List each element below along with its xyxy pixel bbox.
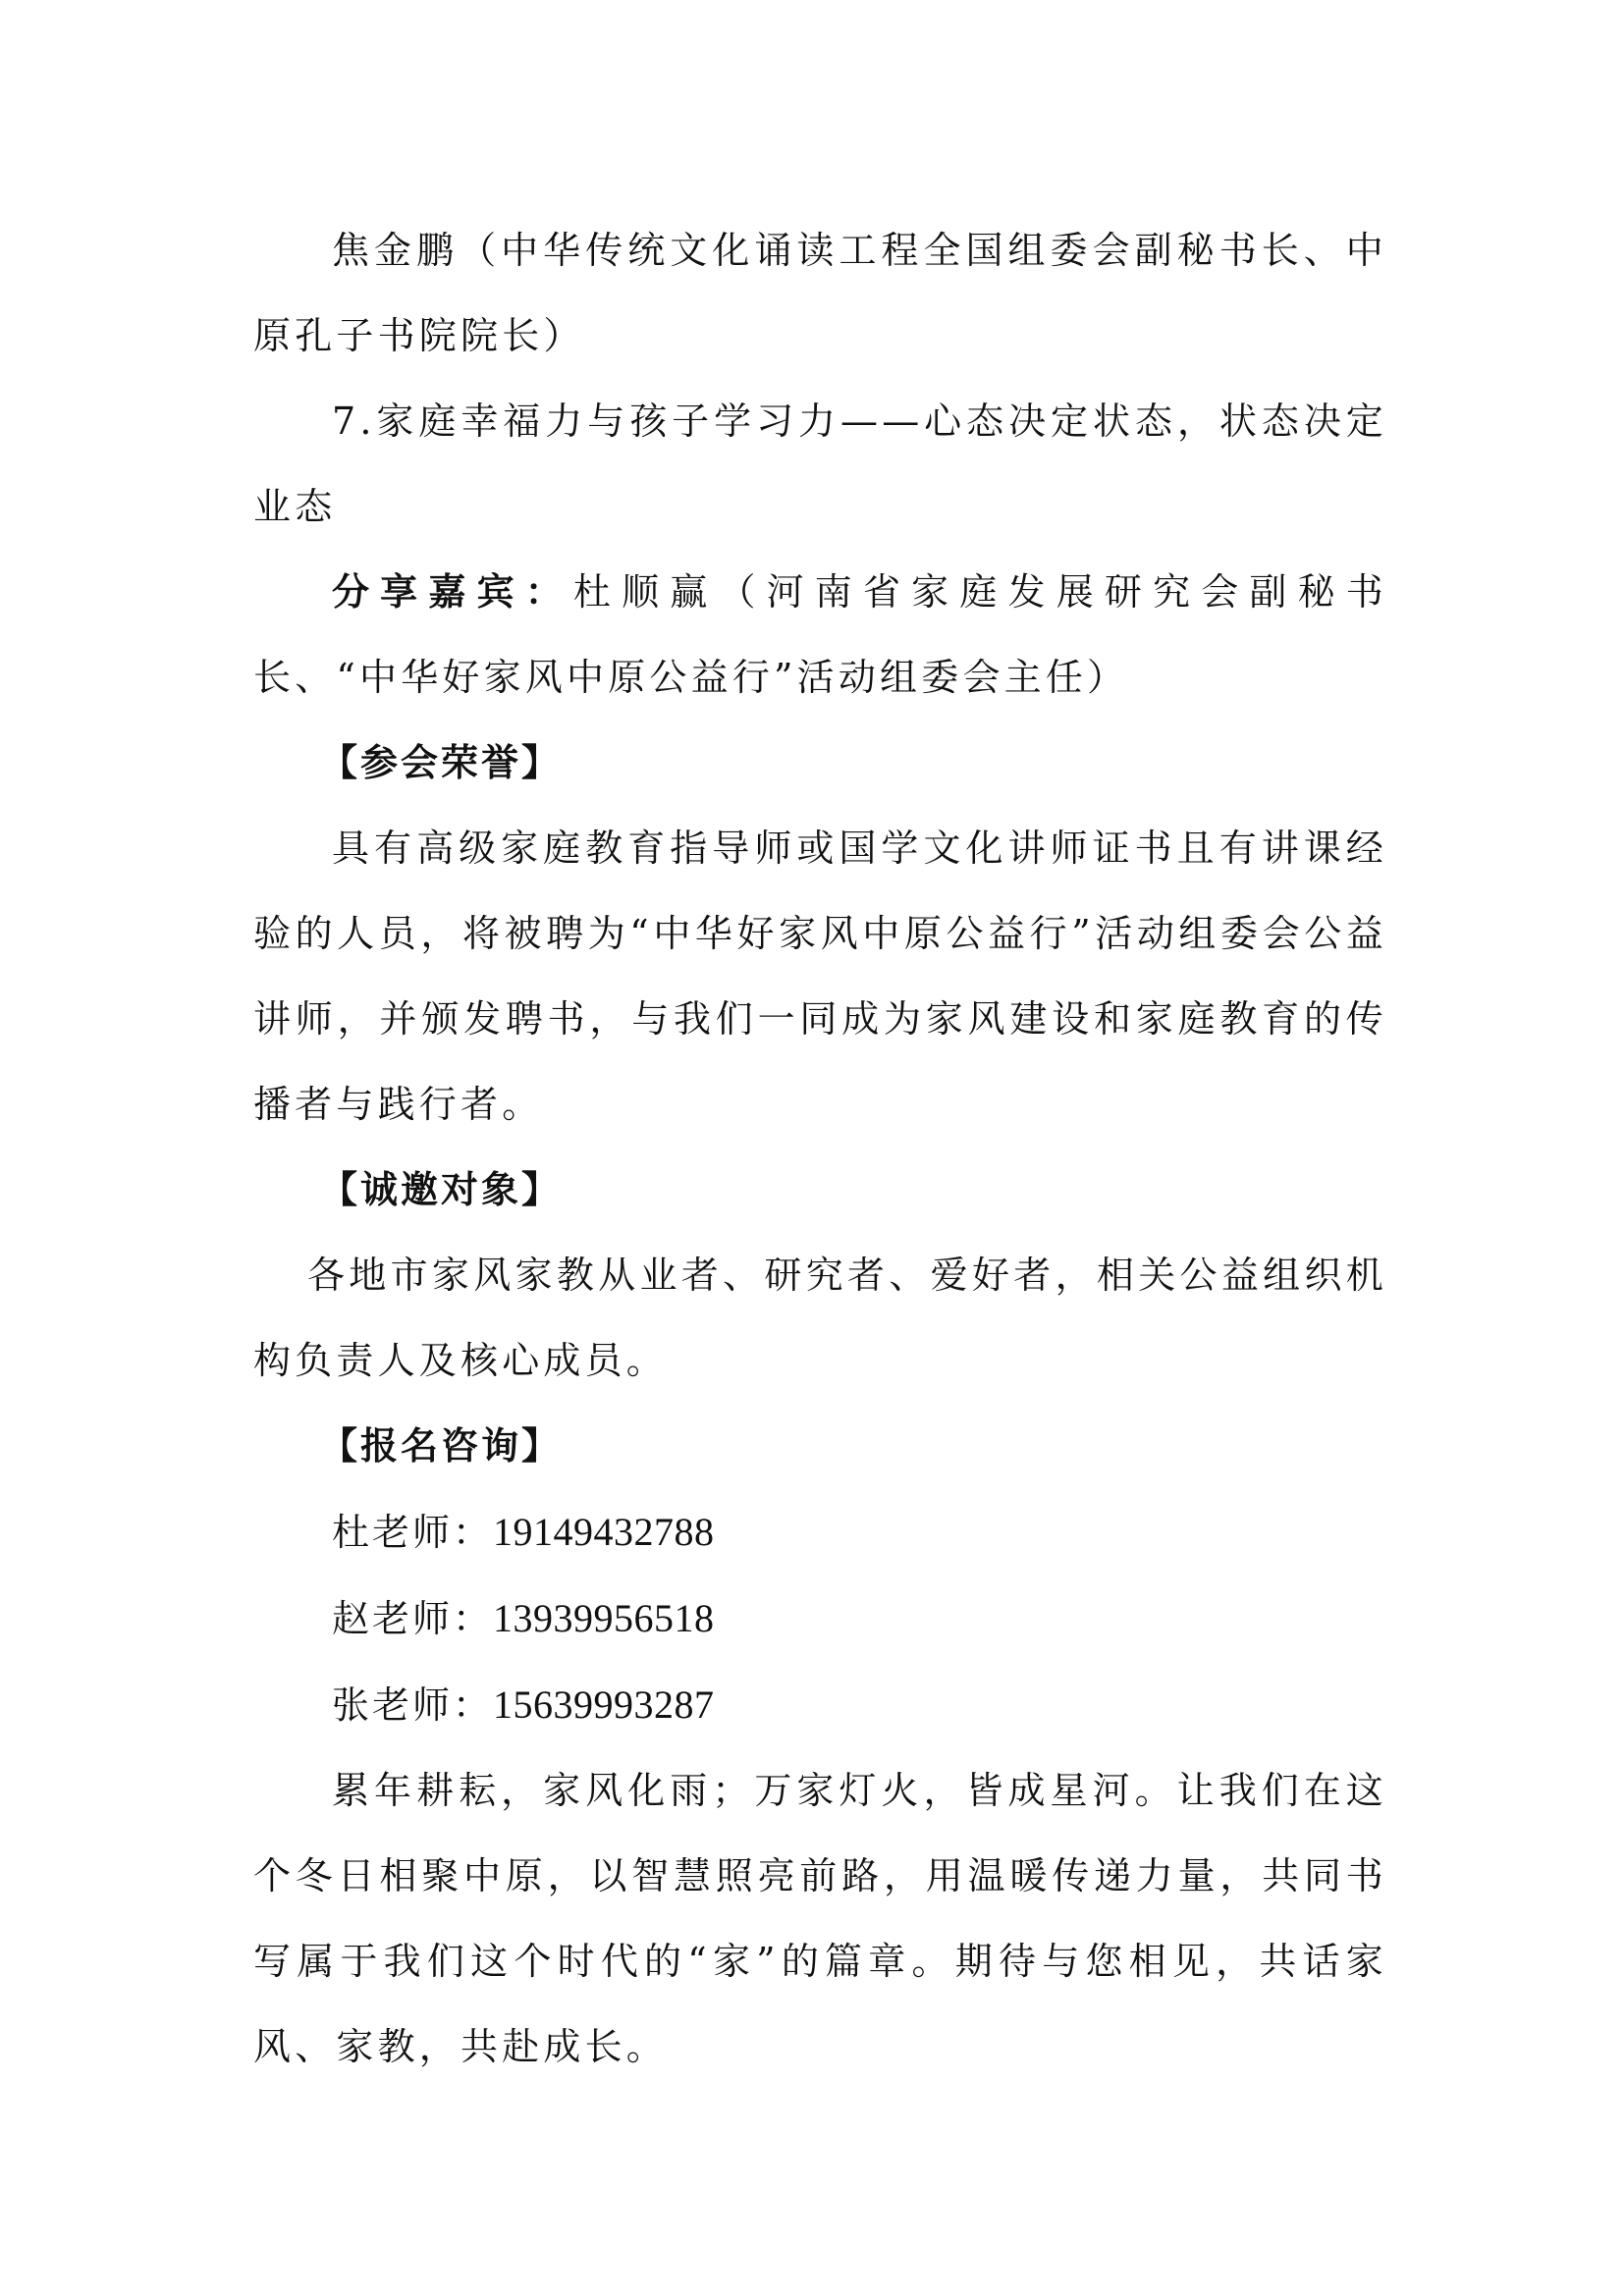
invitees-heading: 【诚邀对象】 xyxy=(253,1148,1387,1233)
contact-zhang: 张老师：15639993287 xyxy=(253,1662,1387,1748)
honor-heading: 【参会荣誉】 xyxy=(253,721,1387,806)
contact-name: 赵老师： xyxy=(332,1597,493,1640)
speaker-label: 分享嘉宾： xyxy=(332,570,573,614)
honor-body: 具有高级家庭教育指导师或国学文化讲师证书且有讲课经验的人员，将被聘为“中华好家风… xyxy=(253,806,1387,1148)
guest-entry-jiao-jinpeng: 焦金鹏（中华传统文化诵读工程全国组委会副秘书长、中原孔子书院院长） xyxy=(253,208,1387,379)
topic-7-speaker: 分享嘉宾：杜顺赢（河南省家庭发展研究会副秘书长、“中华好家风中原公益行”活动组委… xyxy=(253,550,1387,721)
contact-zhao: 赵老师：13939956518 xyxy=(253,1575,1387,1662)
document-page: 焦金鹏（中华传统文化诵读工程全国组委会副秘书长、中原孔子书院院长） 7.家庭幸福… xyxy=(253,208,1387,2090)
registration-heading: 【报名咨询】 xyxy=(253,1404,1387,1489)
contact-name: 张老师： xyxy=(332,1683,493,1727)
contact-phone: 19149432788 xyxy=(493,1510,715,1554)
invitees-body: 各地市家风家教从业者、研究者、爱好者，相关公益组织机构负责人及核心成员。 xyxy=(253,1233,1387,1404)
contact-du: 杜老师：19149432788 xyxy=(253,1489,1387,1575)
contact-phone: 13939956518 xyxy=(493,1596,715,1640)
contact-name: 杜老师： xyxy=(332,1511,493,1554)
topic-7-title: 7.家庭幸福力与孩子学习力——心态决定状态，状态决定业态 xyxy=(253,379,1387,550)
closing-paragraph: 累年耕耘，家风化雨；万家灯火，皆成星河。让我们在这个冬日相聚中原，以智慧照亮前路… xyxy=(253,1748,1387,2090)
contact-phone: 15639993287 xyxy=(493,1682,715,1727)
